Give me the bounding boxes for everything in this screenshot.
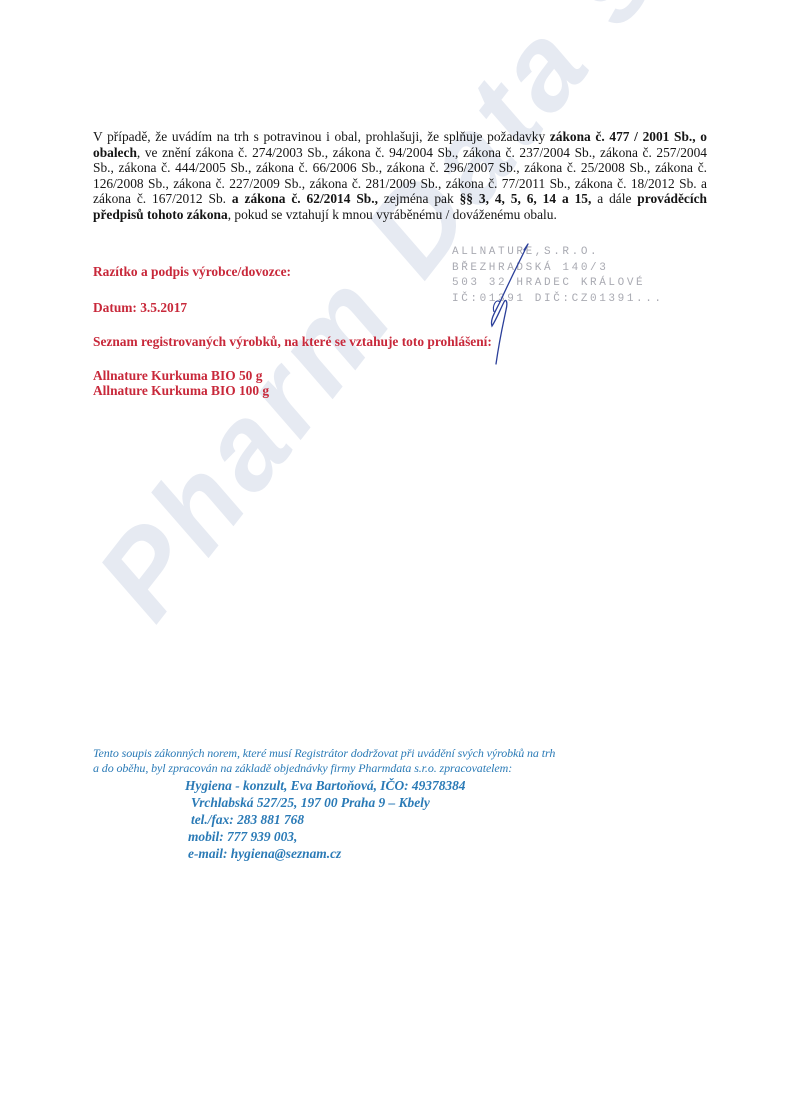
footer-line-2: a do oběhu, byl zpracován na základě obj… bbox=[93, 761, 555, 776]
list-item: Allnature Kurkuma BIO 50 g bbox=[93, 368, 269, 383]
declaration-segment: , pokud se vztahují k mnou vyráběnému / … bbox=[228, 207, 557, 222]
document-page: Pharm Data s. r. o. V případě, že uvádím… bbox=[0, 0, 800, 1100]
declaration-segment: a zákona č. 62/2014 Sb., bbox=[232, 191, 378, 206]
declaration-paragraph: V případě, že uvádím na trh s potravinou… bbox=[93, 129, 707, 223]
list-item: Allnature Kurkuma BIO 100 g bbox=[93, 383, 269, 398]
declaration-segment: zejména pak bbox=[378, 191, 460, 206]
declaration-segment: V případě, že uvádím na trh s potravinou… bbox=[93, 129, 550, 144]
declaration-segment: §§ 3, 4, 5, 6, 14 a 15, bbox=[460, 191, 592, 206]
footer-note: Tento soupis zákonných norem, které musí… bbox=[93, 746, 555, 862]
stamp-signature-label: Razítko a podpis výrobce/dovozce: bbox=[93, 264, 291, 280]
footer-phone: tel./fax: 283 881 768 bbox=[93, 811, 555, 828]
footer-email[interactable]: e-mail: hygiena@seznam.cz bbox=[93, 845, 555, 862]
date-label: Datum: 3.5.2017 bbox=[93, 300, 187, 316]
product-list: Allnature Kurkuma BIO 50 g Allnature Kur… bbox=[93, 368, 269, 398]
products-heading: Seznam registrovaných výrobků, na které … bbox=[93, 334, 492, 350]
footer-line-1: Tento soupis zákonných norem, které musí… bbox=[93, 746, 555, 761]
declaration-block: V případě, že uvádím na trh s potravinou… bbox=[93, 129, 707, 223]
watermark: Pharm Data s. r. o. bbox=[70, 0, 800, 644]
footer-mobile: mobil: 777 939 003, bbox=[93, 828, 555, 845]
footer-company: Hygiena - konzult, Eva Bartoňová, IČO: 4… bbox=[93, 777, 555, 794]
signature-icon bbox=[470, 240, 560, 370]
footer-address: Vrchlabská 527/25, 197 00 Praha 9 – Kbel… bbox=[93, 794, 555, 811]
declaration-segment: a dále bbox=[591, 191, 637, 206]
